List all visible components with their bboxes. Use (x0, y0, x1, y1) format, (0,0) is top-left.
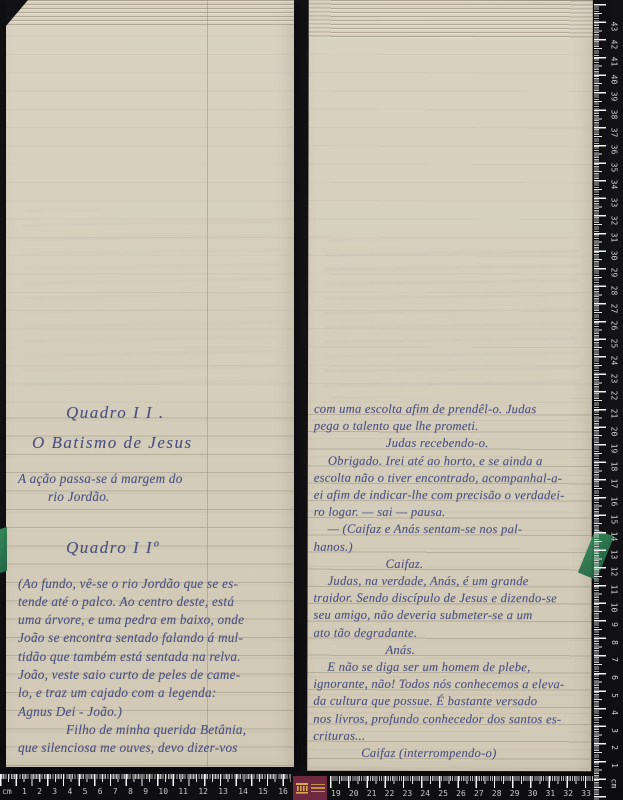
handwriting-line: — (Caifaz e Anás sentam-se nos pal- (314, 521, 590, 539)
ruler-label: 7 (113, 787, 118, 796)
ruler-label: 43 (609, 22, 618, 32)
ruler-label: 17 (609, 479, 618, 489)
ruler-label: 4 (609, 710, 618, 715)
handwriting-line: Caifaz (interrompendo-o) (313, 745, 589, 763)
ruler-label: 24 (609, 356, 618, 366)
ruler-label: 35 (609, 162, 618, 172)
crease-line (207, 0, 208, 767)
handwriting-line: Caifaz. (314, 556, 590, 574)
ruler-label: 14 (238, 787, 248, 796)
ruler-label: 14 (609, 532, 618, 542)
handwriting-line: (Ao fundo, vê-se o rio Jordão que se es- (18, 575, 290, 593)
ruler-label: 9 (609, 622, 618, 627)
handwriting-line: traidor. Sendo discípulo de Jesus e dize… (314, 590, 590, 608)
handwriting-line: tidão que também está sentada na relva. (18, 648, 290, 666)
ruler-label: 6 (98, 787, 103, 796)
ruler-label: 19 (331, 789, 341, 798)
ruler-label: 5 (83, 787, 88, 796)
ruler-label: 25 (438, 789, 448, 798)
ruler-labels: 192021222324252627282930313233 (331, 789, 591, 798)
page-stack-edges (6, 0, 294, 25)
ruler-label: 36 (609, 145, 618, 155)
ruler-label: 5 (609, 693, 618, 698)
bottom-ruler-right: 192021222324252627282930313233 (330, 773, 594, 800)
handwriting-line: rio Jordão. (18, 488, 290, 506)
ruler-label: 21 (367, 789, 377, 798)
ruler-label: 33 (609, 198, 618, 208)
ruler-label: 38 (609, 110, 618, 120)
handwriting-line: Quadro I Iº (18, 537, 290, 559)
stamp-text-marks (311, 784, 325, 793)
handwriting-line: crituras... (313, 728, 589, 746)
manuscript-scan: Quadro I I .O Batismo de JesusA ação pas… (0, 0, 623, 800)
handwriting-line: O Batismo de Jesus (18, 432, 290, 454)
ruler-label: 40 (609, 74, 618, 84)
ruler-label: 2 (37, 787, 42, 796)
ruler-label: 13 (218, 787, 228, 796)
handwriting-line: uma árvore, e uma pedra em baixo, onde (18, 611, 290, 629)
ruler-label: 16 (278, 787, 288, 796)
ruler-label: 12 (198, 787, 208, 796)
handwriting-line: com uma escolta afim de prendêl-o. Judas (314, 401, 590, 419)
page-stack-edges (309, 0, 593, 38)
corner-notch (6, 0, 28, 26)
ruler-label: 31 (546, 789, 556, 798)
handwriting-line: Agnus Dei - João.) (18, 703, 290, 721)
ruler-label: 33 (581, 789, 591, 798)
handwriting-line: Anás. (313, 642, 589, 660)
ruler-label: 8 (609, 640, 618, 645)
ruler-label: cm (2, 787, 12, 796)
ruler-label: 3 (609, 728, 618, 733)
ruler-label: 24 (420, 789, 430, 798)
ruler-label: 32 (563, 789, 573, 798)
ruler-label: cm (609, 778, 618, 788)
ruler-label: 42 (609, 39, 618, 49)
ruler-label: 20 (349, 789, 359, 798)
ruler-label: 3 (52, 787, 57, 796)
archive-stamp (293, 776, 327, 800)
ruler-label: 30 (528, 789, 538, 798)
building-columns-icon (295, 781, 309, 795)
ruler-label: 12 (609, 567, 618, 577)
ruler-labels: cm12345678910111213141516 (2, 787, 288, 796)
handwriting-line: João se encontra sentado falando á mul- (18, 629, 290, 647)
ruler-label: 19 (609, 444, 618, 454)
ruler-label: 2 (609, 745, 618, 750)
ruler-label: 37 (609, 127, 618, 137)
ruler-label: 27 (474, 789, 484, 798)
ruler-label: 27 (609, 303, 618, 313)
ruler-label: 4 (67, 787, 72, 796)
ruler-label: 6 (609, 675, 618, 680)
ruler-label: 21 (609, 409, 618, 419)
handwriting-line: Quadro I I . (18, 402, 290, 424)
ruler-label: 26 (609, 321, 618, 331)
handwriting-line: escolta não o tiver encontrado, acompanh… (314, 470, 590, 488)
ruler-label: 1 (22, 787, 27, 796)
ruler-label: 18 (609, 462, 618, 472)
ruler-label: 30 (609, 250, 618, 260)
ruler-tick-strip (330, 776, 594, 788)
handwriting-line: Judas recebendo-o. (314, 435, 590, 453)
ruler-label: 10 (158, 787, 168, 796)
ruler-label: 29 (609, 268, 618, 278)
ruler-label: 31 (609, 233, 618, 243)
ruler-labels: 4342414039383736353433323130292827262524… (607, 0, 621, 800)
handwriting-line: A ação passa-se á margem do (18, 470, 290, 488)
left-page-handwriting: Quadro I I .O Batismo de JesusA ação pas… (6, 400, 294, 769)
ghost-bleedthrough (23, 210, 279, 390)
handwriting-line: Obrigado. Irei até ao horto, e se ainda … (314, 452, 590, 470)
handwriting-line: Judas, na verdade, Anás, é um grande (314, 573, 590, 591)
ruler-label: 22 (385, 789, 395, 798)
ruler-label: 10 (609, 602, 618, 612)
handwriting-line: pega o talento que lhe prometi. (314, 418, 590, 436)
handwriting-line: E não se diga ser um homem de plebe, (313, 659, 589, 677)
ruler-tick-strip (0, 774, 291, 786)
handwriting-line: ato tão degradante. (313, 624, 589, 642)
ruler-label: 13 (609, 549, 618, 559)
handwriting-line: lo, e traz um cajado com a legenda: (18, 684, 290, 702)
right-page-handwriting: com uma escolta afim de prendêl-o. Judas… (307, 398, 592, 775)
ruler-label: 15 (258, 787, 268, 796)
handwriting-line: ignorante, não! Todos nós conhecemos a e… (313, 676, 589, 694)
ruler-label: 16 (609, 497, 618, 507)
handwriting-line: seu amigo, não deveria submeter-se a um (313, 607, 589, 625)
ruler-label: 15 (609, 514, 618, 524)
ruler-label: 32 (609, 215, 618, 225)
handwriting-line: Filho de minha querida Betânia, (18, 721, 290, 739)
handwriting-line: nos livros, profundo conhecedor dos sant… (313, 710, 589, 728)
right-page: com uma escolta afim de prendêl-o. Judas… (307, 0, 593, 771)
handwriting-line: João, veste saio curto de peles de came- (18, 666, 290, 684)
handwriting-line: ro logar. — sai — pausa. (314, 504, 590, 522)
ruler-label: 11 (609, 585, 618, 595)
handwriting-line: hanos.) (314, 538, 590, 556)
ruler-label: 34 (609, 180, 618, 190)
ruler-label: 28 (609, 286, 618, 296)
ruler-label: 26 (456, 789, 466, 798)
ruler-label: 8 (128, 787, 133, 796)
ruler-label: 25 (609, 338, 618, 348)
ruler-label: 39 (609, 92, 618, 102)
ruler-label: 22 (609, 391, 618, 401)
handwriting-line: da cultura que possue. É bastante versad… (313, 693, 589, 711)
ruler-tick-strip (594, 0, 606, 800)
ruler-label: 20 (609, 426, 618, 436)
handwriting-line: ei afim de indicar-lhe com precisão o ve… (314, 487, 590, 505)
ruler-label: 9 (143, 787, 148, 796)
ruler-label: 29 (510, 789, 520, 798)
handwriting-line: tende até o palco. Ao centro deste, está (18, 593, 290, 611)
vertical-ruler: 4342414039383736353433323130292827262524… (594, 0, 623, 800)
ruler-label: 28 (492, 789, 502, 798)
green-binding-left (0, 527, 7, 573)
bottom-ruler-left: cm12345678910111213141516 (0, 772, 293, 800)
ghost-bleedthrough (325, 240, 578, 396)
handwriting-line: que silenciosa me ouves, devo dizer-vos (18, 739, 290, 757)
ruler-label: 1 (609, 763, 618, 768)
ruler-label: 23 (403, 789, 413, 798)
ruler-label: 11 (178, 787, 188, 796)
ruler-label: 23 (609, 374, 618, 384)
ruler-label: 7 (609, 657, 618, 662)
ruler-label: 41 (609, 57, 618, 67)
left-page: Quadro I I .O Batismo de JesusA ação pas… (6, 0, 294, 767)
